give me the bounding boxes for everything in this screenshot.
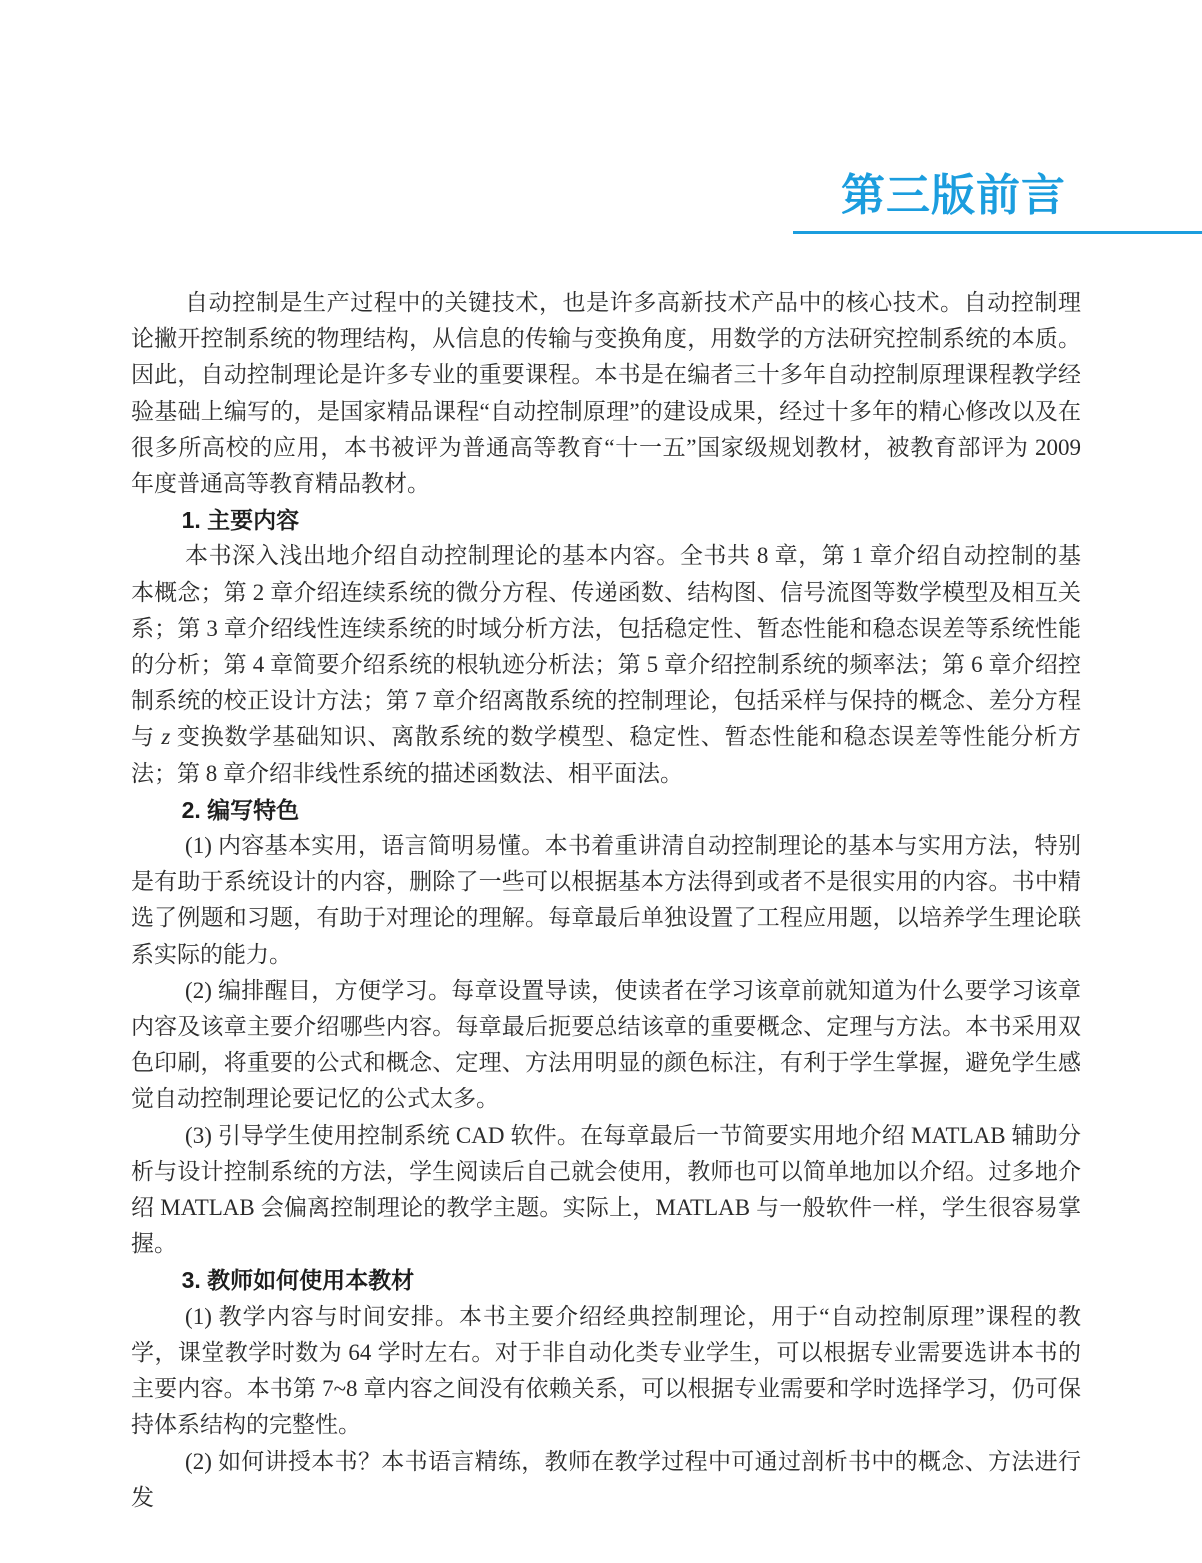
paragraph-feature-3: (3) 引导学生使用控制系统 CAD 软件。在每章最后一节简要实用地介绍 MAT… [131, 1118, 1081, 1263]
paragraph-teaching-1: (1) 教学内容与时间安排。本书主要介绍经典控制理论，用于“自动控制原理”课程的… [131, 1299, 1081, 1444]
paragraph-teaching-2: (2) 如何讲授本书？本书语言精练，教师在教学过程中可通过剖析书中的概念、方法进… [131, 1444, 1081, 1516]
section-heading-teacher-usage: 3. 教师如何使用本教材 [131, 1262, 1081, 1298]
paragraph-text: 本书深入浅出地介绍自动控制理论的基本内容。全书共 8 章，第 1 章介绍自动控制… [131, 543, 1081, 749]
paragraph-intro: 自动控制是生产过程中的关键技术，也是许多高新技术产品中的核心技术。自动控制理论撇… [131, 285, 1081, 502]
title-underline [793, 231, 1202, 234]
paragraph-text: 变换数学基础知识、离散系统的数学模型、稳定性、暂态性能和稳态误差等性能分析方法；… [131, 724, 1081, 785]
paragraph-feature-1: (1) 内容基本实用，语言简明易懂。本书着重讲清自动控制理论的基本与实用方法，特… [131, 828, 1081, 973]
preface-body: 自动控制是生产过程中的关键技术，也是许多高新技术产品中的核心技术。自动控制理论撇… [131, 285, 1081, 1516]
paragraph-feature-2: (2) 编排醒目，方便学习。每章设置导读，使读者在学习该章前就知道为什么要学习该… [131, 973, 1081, 1118]
paragraph-chapters: 本书深入浅出地介绍自动控制理论的基本内容。全书共 8 章，第 1 章介绍自动控制… [131, 538, 1081, 791]
section-heading-main-content: 1. 主要内容 [131, 502, 1081, 538]
book-page: 第三版前言 自动控制是生产过程中的关键技术，也是许多高新技术产品中的核心技术。自… [0, 0, 1202, 1563]
page-title: 第三版前言 [841, 172, 1066, 220]
z-variable: z [161, 724, 170, 749]
section-heading-writing-features: 2. 编写特色 [131, 792, 1081, 828]
